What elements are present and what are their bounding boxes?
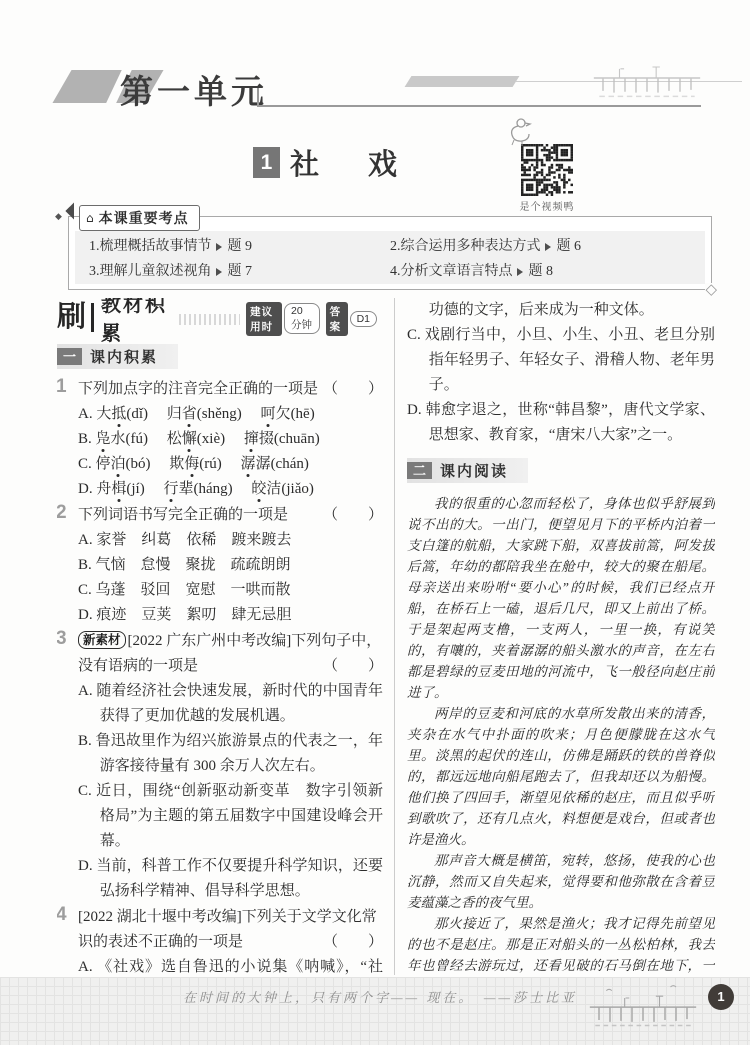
time-value: 20 分钟 — [284, 303, 320, 334]
page-number-badge: 1 — [708, 984, 734, 1010]
qr-caption: 是个视频鸭 — [512, 198, 582, 213]
keypoint-item: 3.理解儿童叙述视角题 7 — [89, 260, 390, 280]
question-number: 1 — [57, 376, 67, 398]
qr-block: 是个视频鸭 — [512, 118, 582, 213]
qr-code — [521, 144, 573, 196]
lesson-number-badge: 1 — [253, 147, 280, 178]
question-number: 2 — [57, 502, 67, 524]
drill-badges: 建议用时 20 分钟 答案 D1 — [246, 302, 383, 336]
keypoint-ref: 题 9 — [228, 239, 253, 254]
passage-paragraph: 我的很重的心忽而轻松了，身体也似乎舒展到说不出的大。一出门，便望见月下的平桥内泊… — [407, 493, 715, 703]
section-reading-bar: 二 课内阅读 — [407, 458, 528, 483]
quote-author: ——莎士比亚 — [484, 990, 577, 1005]
option-b-continuation: 功德的文字，后来成为一种文体。 — [407, 298, 715, 323]
lesson-title: 社 戏 — [290, 142, 407, 183]
question-4: 4 [2022 湖北十堰中考改编]下列关于文学文化常识的表述不正确的一项是（ ）… — [57, 905, 383, 975]
section-number-badge: 一 — [57, 348, 82, 365]
drill-brand: 刷 — [57, 303, 94, 332]
keypoints-tab: ⌂ 本课重要考点 — [79, 205, 200, 231]
section-title: 课内阅读 — [440, 460, 508, 481]
ref-flag-icon — [216, 243, 226, 251]
ref-flag-icon — [517, 268, 527, 276]
answer-bracket: （ ） — [323, 654, 383, 679]
new-material-badge: 新素材 — [78, 631, 126, 649]
option-b: B. 气恼 怠慢 聚拢 疏疏朗朗 — [78, 553, 383, 578]
option-d: D. 舟楫(jí) 行辈(háng) 皎洁(jiǎo) — [78, 477, 383, 502]
answer-bracket: （ ） — [323, 377, 383, 402]
question-stem: 新素材[2022 广东广州中考改编]下列句子中，没有语病的一项是（ ） — [78, 629, 383, 679]
question-source: [2022 湖北十堰中考改编] — [78, 909, 242, 925]
duck-doodle-icon — [504, 116, 534, 146]
answer-bracket: （ ） — [323, 503, 383, 528]
section-title: 课内积累 — [90, 346, 158, 367]
keypoint-item: 1.梳理概括故事情节题 9 — [89, 235, 390, 255]
option-b: B. 鲁迅故里作为绍兴旅游景点的代表之一，年游客接待量有 300 余万人次左右。 — [78, 729, 383, 779]
answer-bracket: （ ） — [323, 930, 383, 955]
right-column: 功德的文字，后来成为一种文体。 C. 戏剧行当中，小旦、小生、小丑、老旦分别指年… — [395, 298, 715, 975]
main-content: 刷 教材积累 建议用时 20 分钟 答案 D1 一 课内积累 1 下列加点字的注… — [57, 298, 715, 975]
keypoint-ref: 题 6 — [557, 239, 582, 254]
option-c: C. 戏剧行当中，小旦、小生、小丑、老旦分别指年轻男子、年轻女子、滑稽人物、老年… — [407, 323, 715, 398]
keypoints-box: ◆ ⌂ 本课重要考点 1.梳理概括故事情节题 9 2.综合运用多种表达方式题 6… — [68, 216, 712, 290]
left-column: 刷 教材积累 建议用时 20 分钟 答案 D1 一 课内积累 1 下列加点字的注… — [57, 298, 395, 975]
question-2: 2 下列词语书写完全正确的一项是（ ） A. 家誉 纠葛 依稀 踱来踱去 B. … — [57, 503, 383, 628]
option-a: A. 家誉 纠葛 依稀 踱来踱去 — [78, 528, 383, 553]
passage-paragraph: 那声音大概是横笛，宛转，悠扬，使我的心也沉静，然而又自失起来，觉得要和他弥散在含… — [407, 850, 715, 913]
option-d: D. 痕迹 豆荚 絮叨 肆无忌胆 — [78, 603, 383, 628]
diamond-outline-icon: ◇ — [705, 283, 717, 298]
footer-quote: 在时间的大钟上，只有两个字—— 现在。 ——莎士比亚 — [150, 987, 610, 1006]
option-c: C. 乌蓬 驳回 宽慰 一哄而散 — [78, 578, 383, 603]
option-b: B. 凫水(fú) 松懈(xiè) 撺掇(chuān) — [78, 427, 383, 452]
unit-header: 第一单元 — [0, 0, 750, 130]
unit-title: 第一单元 — [120, 66, 268, 113]
drill-title: 教材积累 — [101, 298, 169, 346]
reading-passage: 我的很重的心忽而轻松了，身体也似乎舒展到说不出的大。一出门，便望见月下的平桥内泊… — [407, 493, 715, 975]
time-badge: 建议用时 — [246, 302, 282, 336]
option-d: D. 韩愈字退之，世称“韩昌黎”，唐代文学家、思想家、教育家，“唐宋八大家”之一… — [407, 398, 715, 448]
bridge-illustration — [588, 979, 698, 1039]
drill-header: 刷 教材积累 建议用时 20 分钟 答案 D1 — [57, 300, 383, 334]
question-stem: 下列词语书写完全正确的一项是（ ） — [78, 503, 383, 528]
passage-paragraph: 那火接近了，果然是渔火；我才记得先前望见的也不是赵庄。那是正对船头的一丛松柏林，… — [407, 913, 715, 975]
answer-value: D1 — [350, 311, 377, 327]
question-number: 4 — [57, 904, 67, 926]
bridge-illustration — [592, 48, 702, 108]
keypoint-item: 4.分析文章语言特点题 8 — [390, 260, 691, 280]
lesson-title-row: 1 社 戏 — [0, 142, 750, 190]
question-source: [2022 广东广州中考改编] — [128, 633, 292, 649]
section-number-badge: 二 — [407, 462, 432, 479]
ref-flag-icon — [545, 243, 555, 251]
option-c: C. 停泊(bó) 欺侮(rú) 潺潺(chán) — [78, 452, 383, 477]
keypoints-title: 本课重要考点 — [99, 208, 189, 228]
option-a: A. 大抵(dǐ) 归省(shěng) 呵欠(hē) — [78, 402, 383, 427]
option-a: A. 《社戏》选自鲁迅的小说集《呐喊》，“社戏”是绍兴的一种“年规戏”。 — [78, 955, 383, 975]
workbook-page: 第一单元 1 社 戏 — [0, 0, 750, 1045]
option-c: C. 近日，围绕“创新驱动新变革 数字引领新格局”为主题的第五届数字中国建设峰会… — [78, 779, 383, 854]
answer-badge: 答案 — [326, 302, 348, 336]
question-stem: 下列加点字的注音完全正确的一项是（ ） — [78, 377, 383, 402]
passage-paragraph: 两岸的豆麦和河底的水草所发散出来的清香，夹杂在水气中扑面的吹来；月色便朦胧在这水… — [407, 703, 715, 850]
keypoint-ref: 题 7 — [228, 264, 253, 279]
diamond-icon: ◆ — [55, 211, 62, 222]
option-d: D. 当前，科普工作不仅要提升科学知识，还要弘扬科学精神、倡导科学思想。 — [78, 854, 383, 904]
question-number: 3 — [57, 628, 67, 650]
page-footer: 在时间的大钟上，只有两个字—— 现在。 ——莎士比亚 1 — [0, 977, 750, 1045]
hatch-decoration — [179, 314, 240, 325]
keypoint-ref: 题 8 — [529, 264, 554, 279]
question-stem: [2022 湖北十堰中考改编]下列关于文学文化常识的表述不正确的一项是（ ） — [78, 905, 383, 955]
question-1: 1 下列加点字的注音完全正确的一项是（ ） A. 大抵(dǐ) 归省(shěng… — [57, 377, 383, 502]
option-a: A. 随着经济社会快速发展，新时代的中国青年获得了更加优越的发展机遇。 — [78, 679, 383, 729]
keypoints-items: 1.梳理概括故事情节题 9 2.综合运用多种表达方式题 6 3.理解儿童叙述视角… — [75, 231, 705, 284]
question-3: 3 新素材[2022 广东广州中考改编]下列句子中，没有语病的一项是（ ） A.… — [57, 629, 383, 904]
ref-flag-icon — [216, 268, 226, 276]
house-icon: ⌂ — [86, 211, 94, 225]
header-deco-bar — [405, 76, 520, 87]
keypoint-item: 2.综合运用多种表达方式题 6 — [390, 235, 691, 255]
section-accumulate-bar: 一 课内积累 — [57, 344, 178, 369]
